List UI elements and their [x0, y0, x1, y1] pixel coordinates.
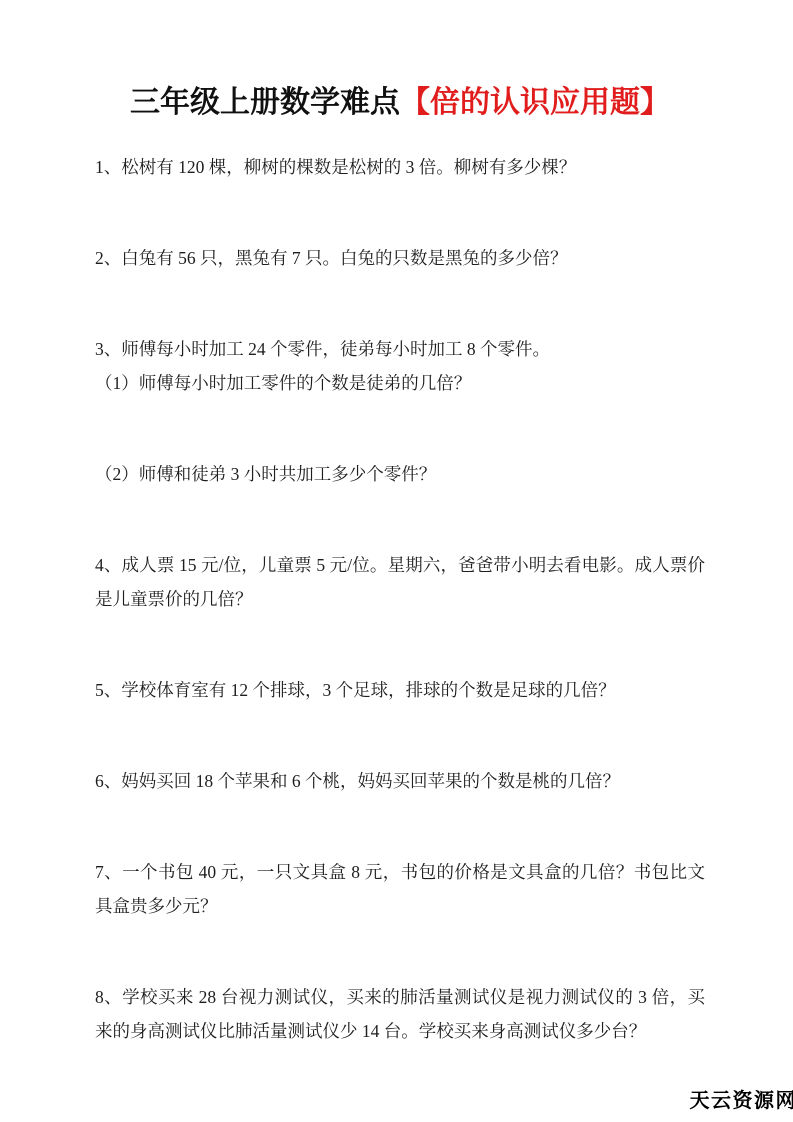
- question-8: 8、学校买来 28 台视力测试仪，买来的肺活量测试仪是视力测试仪的 3 倍，买来…: [95, 980, 705, 1048]
- question-2: 2、白兔有 56 只，黑兔有 7 只。白兔的只数是黑兔的多少倍？: [95, 241, 705, 275]
- worksheet-page: 三年级上册数学难点【倍的认识应用题】 1、松树有 120 棵，柳树的棵数是松树的…: [0, 0, 793, 1048]
- question-4: 4、成人票 15 元/位，儿童票 5 元/位。星期六，爸爸带小明去看电影。成人票…: [95, 548, 705, 616]
- question-5: 5、学校体育室有 12 个排球，3 个足球，排球的个数是足球的几倍？: [95, 673, 705, 707]
- question-6: 6、妈妈买回 18 个苹果和 6 个桃，妈妈买回苹果的个数是桃的几倍？: [95, 764, 705, 798]
- sub-question-3-1: （1）师傅每小时加工零件的个数是徒弟的几倍？: [95, 366, 705, 400]
- page-title-black-segment: 三年级上册数学难点: [130, 86, 400, 119]
- page-title-red-segment: 【倍的认识应用题】: [400, 86, 670, 119]
- question-7: 7、一个书包 40 元，一只文具盒 8 元，书包的价格是文具盒的几倍？书包比文具…: [95, 855, 705, 923]
- page-title: 三年级上册数学难点【倍的认识应用题】: [95, 82, 705, 124]
- question-3: 3、师傅每小时加工 24 个零件，徒弟每小时加工 8 个零件。: [95, 332, 705, 366]
- site-watermark: 天云资源网: [690, 1084, 793, 1113]
- question-1: 1、松树有 120 棵，柳树的棵数是松树的 3 倍。柳树有多少棵？: [95, 150, 705, 184]
- sub-question-3-2: （2）师傅和徒弟 3 小时共加工多少个零件？: [95, 457, 705, 491]
